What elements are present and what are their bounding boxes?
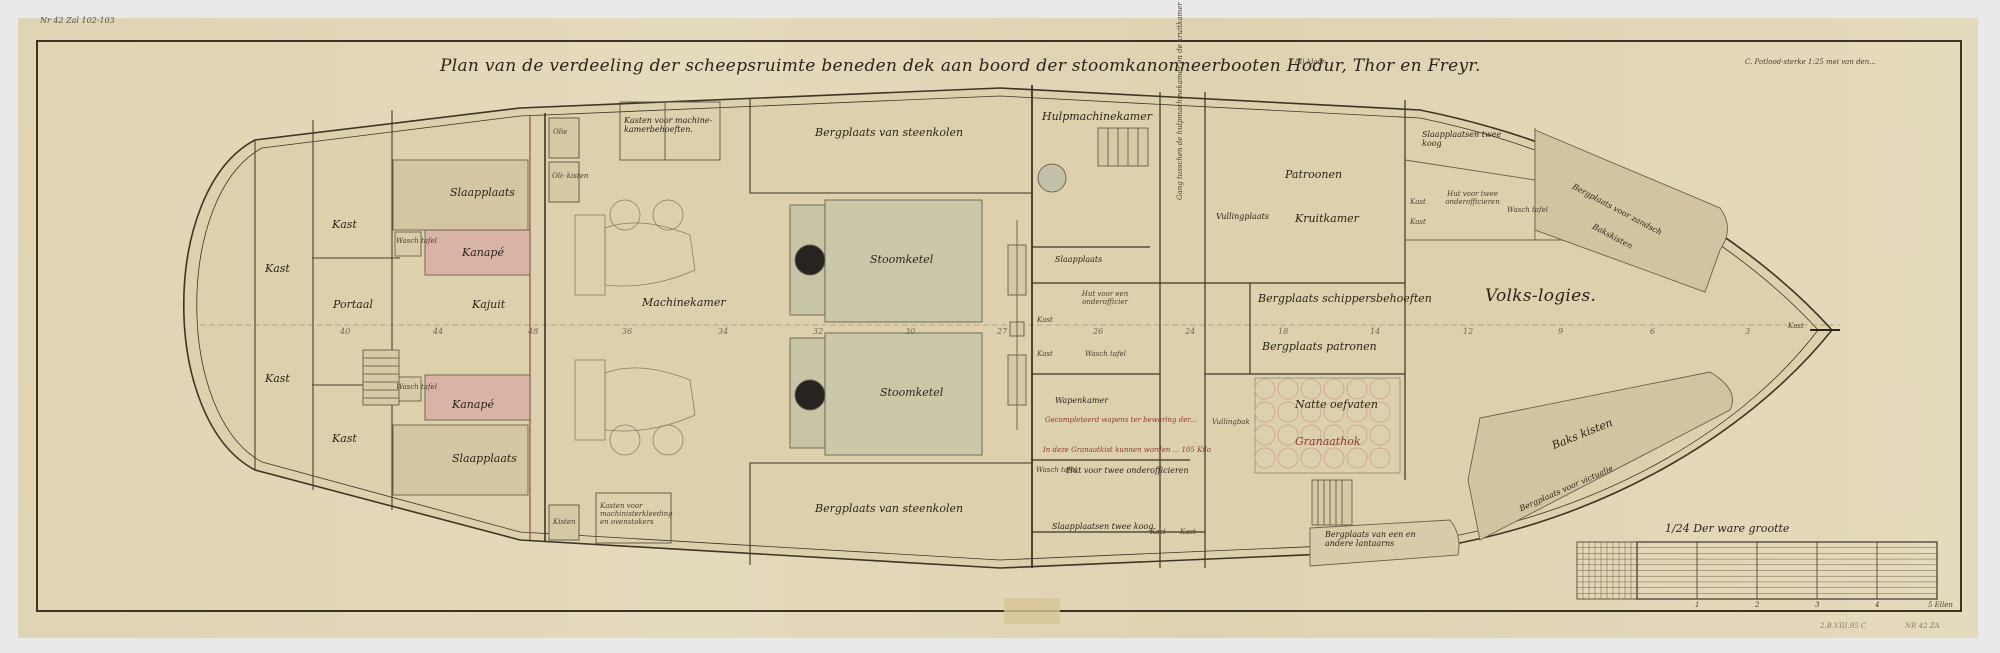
label-kasten-machinisten: Kasten voor machinisterkleeding en ovens… — [600, 502, 670, 526]
label-kast: Kast — [1788, 322, 1804, 330]
label-machinekamer: Machinekamer — [642, 296, 726, 309]
label-kast: Kast — [265, 372, 290, 385]
frame-number: 36 — [622, 327, 632, 336]
frame-number: 27 — [997, 327, 1007, 336]
label-bergplaats-steenkolen: Bergplaats van steenkolen — [815, 126, 963, 139]
label-kast: Kast — [265, 262, 290, 275]
label-portaal: Portaal — [333, 298, 373, 311]
label-granaathok: Granaathok — [1295, 435, 1361, 448]
label-hut-twee-onderofficieren: Hut voor twee onderofficieren — [1066, 466, 1189, 475]
label-natte-oefvaten: Natte oefvaten — [1295, 398, 1378, 411]
scale-tick: 4 — [1875, 601, 1879, 609]
label-bergplaats-steenkolen: Bergplaats van steenkolen — [815, 502, 963, 515]
label-bergplaats-schipper: Bergplaats schippersbehoeften — [1258, 292, 1432, 305]
stamp: 2.B.VIII.95 C — [1820, 622, 1866, 630]
label-bergplaats-lantaarns: Bergplaats van een en andere lantaarns — [1325, 530, 1445, 548]
label-kast: Kast — [332, 432, 357, 445]
scale-tick: 2 — [1755, 601, 1759, 609]
label-waschtafel: Wasch tafel — [1036, 466, 1077, 474]
label-slaapplaats: Slaapplaats — [450, 186, 515, 199]
frame-number: 6 — [1650, 327, 1655, 336]
stamp: NR 42 ZA — [1905, 622, 1940, 630]
label-hulpmachinekamer: Hulpmachinekamer — [1042, 110, 1152, 123]
label-olie: Olie — [553, 128, 567, 136]
label-slaapplaats: Slaapplaats — [1055, 255, 1102, 264]
label-slaapplaatsen: Slaapplaatsen twee koog. — [1052, 522, 1156, 531]
label-waschtafel: Wasch tafel — [1085, 350, 1126, 358]
label-waschtafel: Wasch tafel — [396, 237, 437, 245]
frame-number: 18 — [1278, 327, 1288, 336]
frame-number: 32 — [813, 327, 823, 336]
label-kast: Kast — [1410, 218, 1426, 226]
frame-number: 26 — [1093, 327, 1103, 336]
label-vullingplaats: Vullingplaats — [1216, 212, 1269, 221]
label-kanape: Kanapé — [462, 246, 504, 259]
scale-tick: 1 — [1695, 601, 1699, 609]
label-stoomketel: Stoomketel — [880, 386, 943, 399]
frame-number: 12 — [1463, 327, 1473, 336]
scale-label: 1/24 Der ware grootte — [1665, 522, 1789, 535]
label-kisten: Kisten — [553, 518, 576, 526]
granaatkist-note: In deze Granaatkist kunnen worden ... 10… — [1043, 446, 1211, 454]
corner-note: C. Potlood-sterke 1:25 mei van den... — [1745, 58, 1876, 66]
scale-tick: 5 Ellen — [1928, 601, 1953, 609]
label-kasten-machine: Kasten voor machine-kamerbehoeften. — [624, 116, 716, 134]
label-kajuit: Kajuit — [472, 298, 505, 311]
tape-mark — [1004, 598, 1060, 624]
frame-number: 24 — [1185, 327, 1195, 336]
frame-number: 9 — [1558, 327, 1563, 336]
frame-number: 44 — [433, 327, 443, 336]
label-hut-bow: Hut voor twee onderofficieren — [1440, 190, 1505, 206]
label-kast: Kast — [1037, 350, 1053, 358]
label-waschtafel: Wasch tafel — [1507, 206, 1548, 214]
label-kruitkamer: Kruitkamer — [1295, 212, 1359, 225]
frame-number: 3 — [1745, 327, 1750, 336]
label-wapenkamer: Wapenkamer — [1055, 396, 1108, 405]
frame-number: 48 — [528, 327, 538, 336]
label-kast: Kast — [332, 218, 357, 231]
frame-number: 40 — [340, 327, 350, 336]
label-stoomketel: Stoomketel — [870, 253, 933, 266]
label-slaapplaatsen: Slaapplaatsen twee koog — [1422, 130, 1502, 148]
label-patroonen: Patroonen — [1285, 168, 1342, 181]
frame-number: 34 — [718, 327, 728, 336]
frame-number: 30 — [905, 327, 915, 336]
label-kanape: Kanapé — [452, 398, 494, 411]
label-waschtafel: Wasch tafel — [396, 383, 437, 391]
label-gang: Gang tusschen de hulpmachinekamer en de … — [1176, 2, 1184, 200]
label-hut-onderofficier: Hut voor een onderofficier — [1070, 290, 1140, 306]
label-kast: Kast — [1410, 198, 1426, 206]
frame-number: 14 — [1370, 327, 1380, 336]
label-kast: Kast — [1037, 316, 1053, 324]
label-slaapplaats: Slaapplaats — [452, 452, 517, 465]
label-bergplaats-patronen: Bergplaats patronen — [1262, 340, 1377, 353]
catalog-mark: Nr 42 Zal 102-103 — [40, 16, 115, 25]
label-kast: Kast — [1150, 528, 1166, 536]
title-annotation: (a) klaar — [1295, 58, 1325, 66]
label-vullingbak: Vullingbak — [1212, 418, 1250, 426]
label-volkslogies: Volks-logies. — [1485, 286, 1596, 306]
wapenkamer-note: Gecompleteerd wapens ter bewaring der... — [1045, 416, 1197, 424]
label-olie-kisten: Oli- kisten — [552, 172, 588, 180]
scale-tick: 3 — [1815, 601, 1819, 609]
label-kast: Kast — [1180, 528, 1196, 536]
